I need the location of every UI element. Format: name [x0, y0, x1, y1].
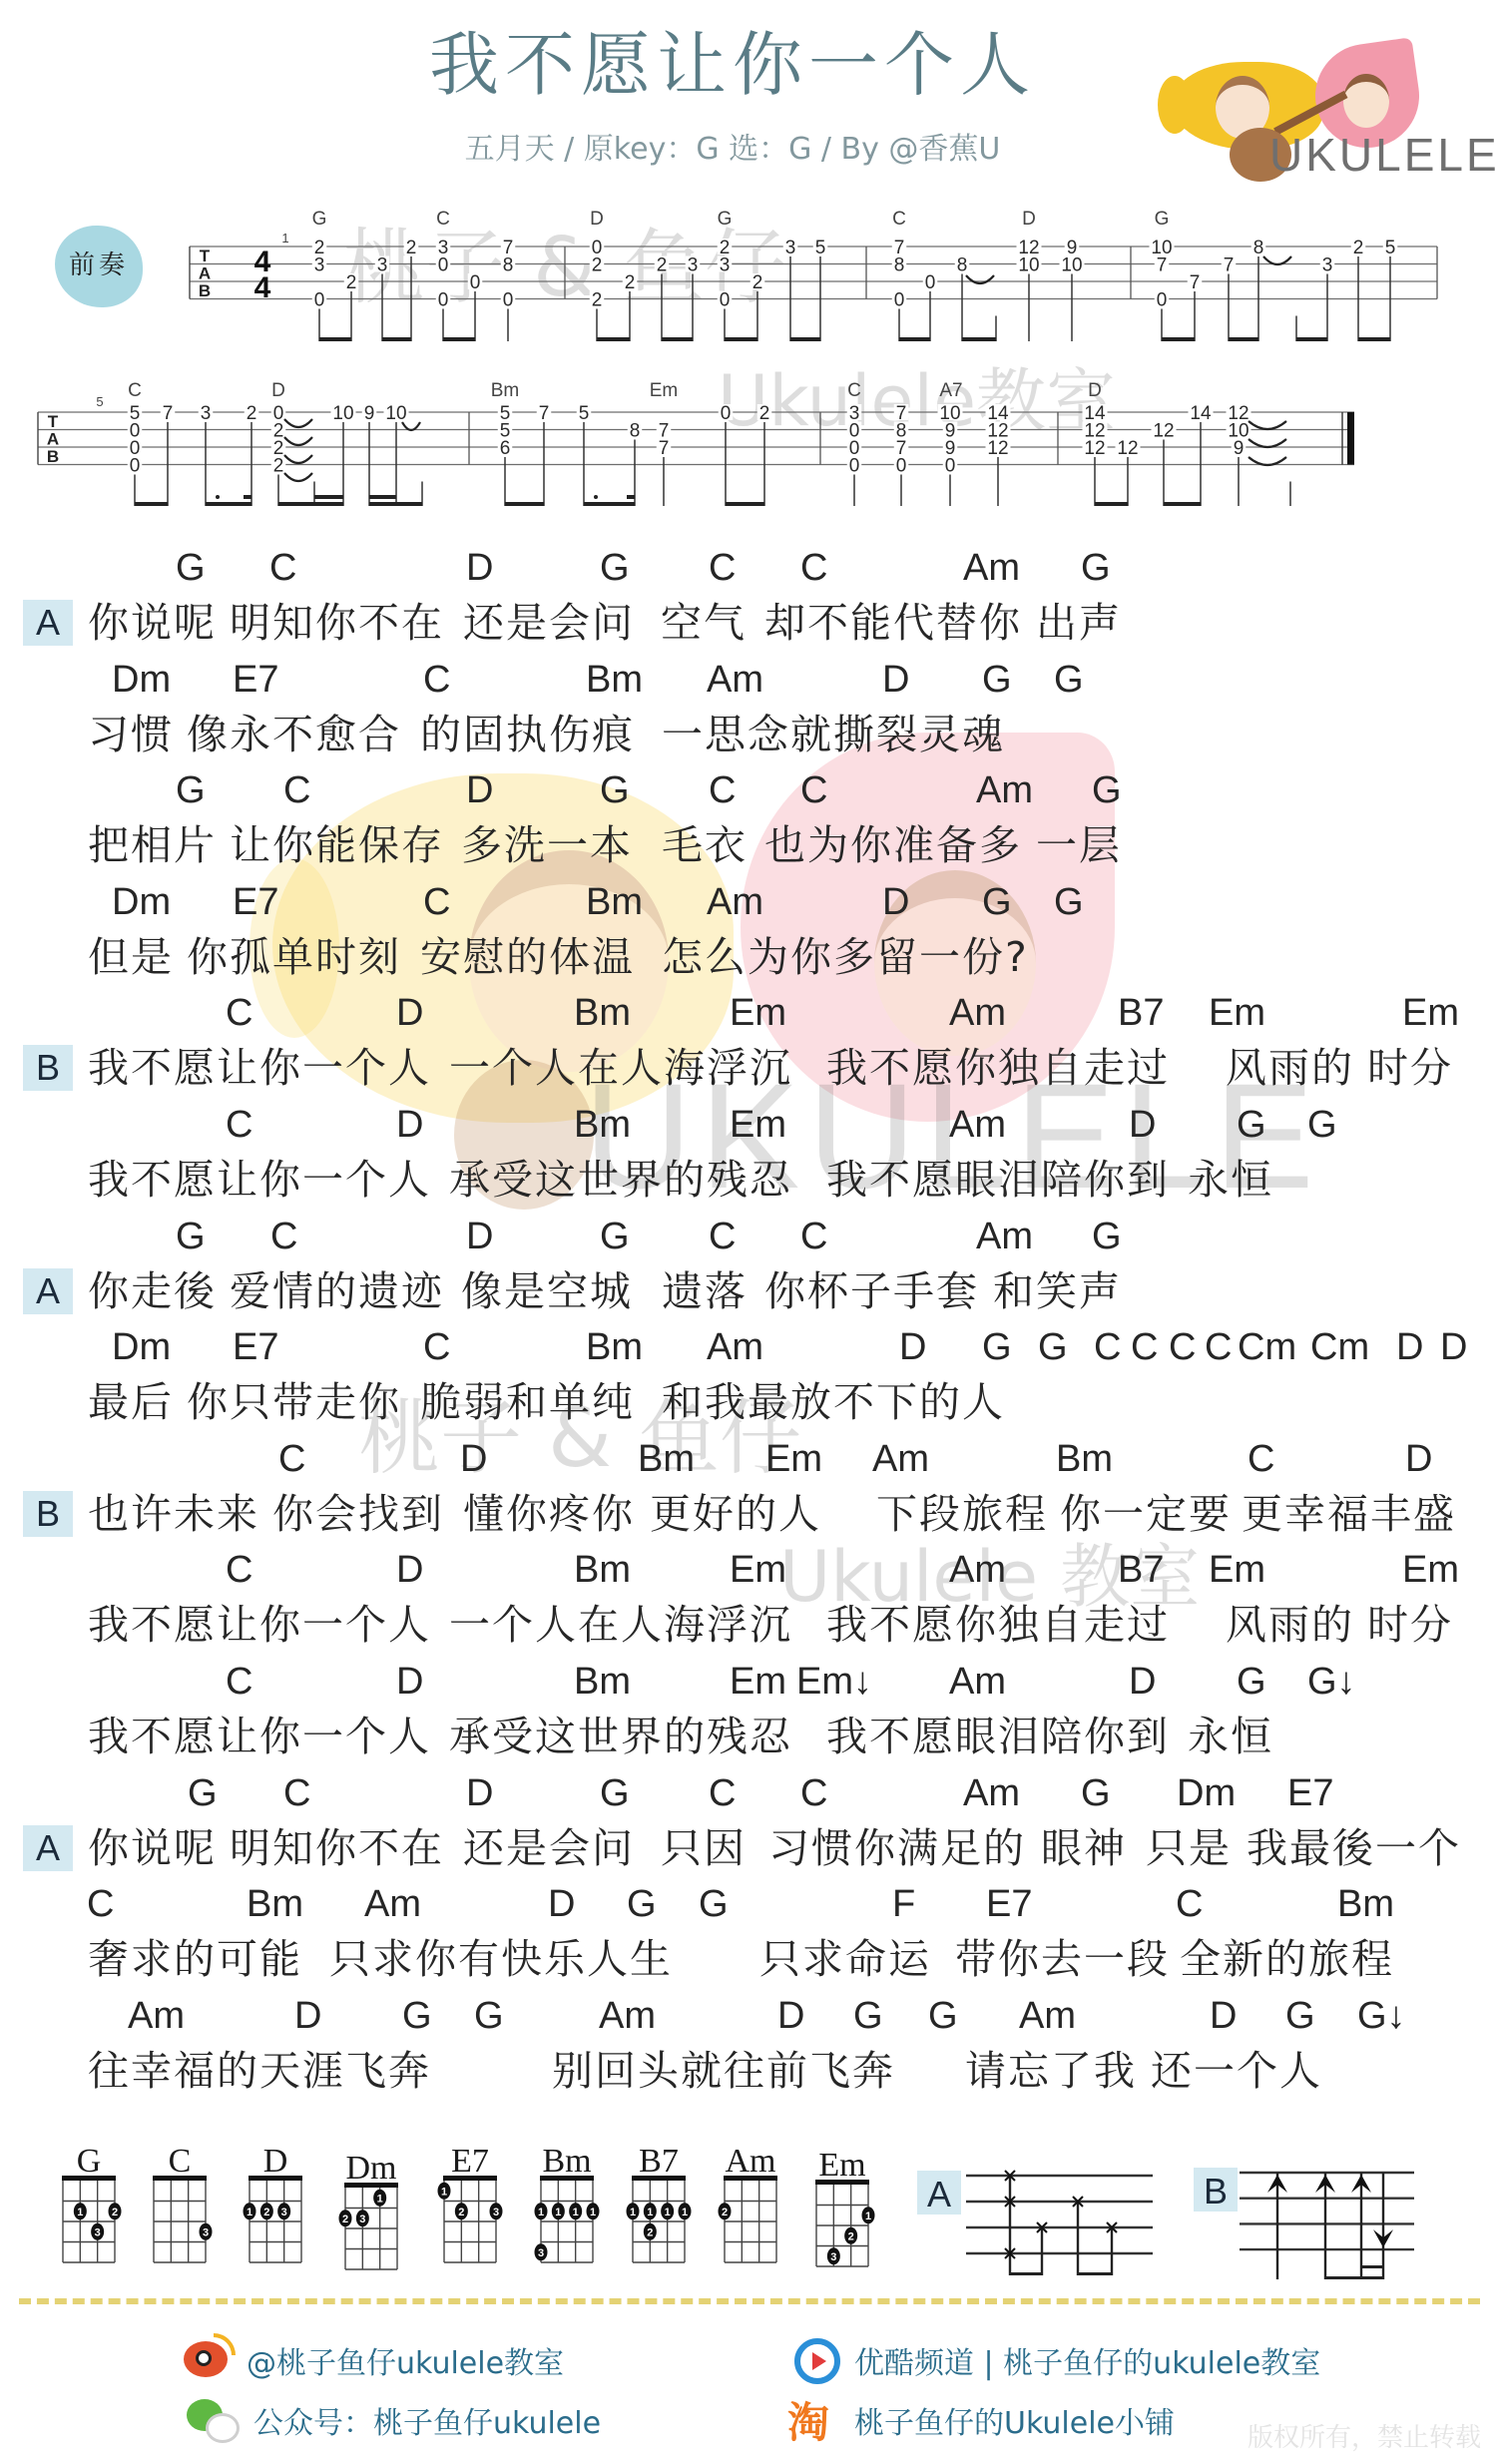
beam	[662, 337, 693, 341]
tie-arc	[284, 473, 312, 481]
lyric-phrase: 你会找到	[272, 1493, 444, 1535]
fret-number: 0	[721, 403, 732, 424]
tab-chord-label: C	[847, 380, 861, 401]
pattern-beam	[1325, 2276, 1383, 2279]
lyric-phrase: 风雨的	[1226, 1604, 1354, 1646]
chord-name: Cm	[1238, 1328, 1296, 1366]
chord-nut	[724, 2176, 777, 2181]
beam-stub	[244, 495, 251, 499]
intro-tab: TAB441GCDGCDG230232300078002222323023578…	[38, 209, 1437, 506]
chord-name: Em	[730, 1663, 786, 1701]
chord-nut	[815, 2180, 869, 2185]
chord-name: D	[1129, 1663, 1156, 1701]
youku-icon	[794, 2338, 840, 2384]
final-barline-thick	[1347, 412, 1354, 465]
fret-number: 10	[1018, 255, 1039, 276]
chord-name: D	[1440, 1328, 1467, 1366]
lyric-phrase: 毛衣	[662, 824, 748, 866]
lyric-phrase: 爱情的遗迹	[230, 1270, 444, 1312]
chord-nut	[62, 2176, 116, 2181]
chord-diagram-d: D123	[244, 2143, 303, 2262]
chord-name: G	[176, 549, 206, 587]
chord-name: Bm	[586, 1328, 643, 1366]
lyric-phrase: 还是会问	[463, 602, 635, 644]
lyric-phrase: 更幸福丰盛	[1242, 1493, 1456, 1535]
chord-name: D	[1129, 1106, 1156, 1144]
chord-name: C	[423, 661, 450, 699]
chord-name: C	[270, 1218, 297, 1255]
footer-weibo-handle: @桃子鱼仔ukulele教室	[247, 2347, 564, 2381]
chord-diagram-g: G123	[62, 2143, 122, 2262]
chord-name: G	[1054, 661, 1084, 699]
chord-name: G	[1237, 1663, 1266, 1701]
lyric-phrase: 奢求的可能	[88, 1938, 302, 1980]
lyric-phrase: 你说呢	[88, 1827, 217, 1869]
lyric-phrase: 承受这世界的残忍	[449, 1159, 792, 1201]
footer-divider	[19, 2298, 1480, 2304]
chord-name: Em↓	[796, 1663, 872, 1701]
lyric-phrase: 也许未来	[88, 1493, 259, 1535]
fret-number: 2	[759, 403, 770, 424]
lyric-phrase: 全新的旅程	[1180, 1938, 1394, 1980]
chord-name: G	[1081, 1774, 1111, 1812]
beam	[726, 502, 764, 506]
tie-arc	[1263, 256, 1291, 264]
footer-wechat-account: 公众号：桃子鱼仔ukulele	[253, 2407, 601, 2441]
chord-name: C	[709, 549, 736, 587]
fret-number: 12	[1084, 438, 1105, 459]
lyric-phrase: 永恒	[1188, 1716, 1273, 1757]
chord-name: C	[800, 1218, 827, 1255]
chord-name: Cm	[1310, 1328, 1369, 1366]
lyric-phrase: 时分	[1367, 1047, 1453, 1089]
tie-arc	[1248, 439, 1286, 447]
chord-name: Am	[949, 994, 1006, 1032]
lyric-phrase: 你杯子手套	[764, 1270, 979, 1312]
chord-name: Am	[963, 549, 1020, 587]
lyric-phrase: 你走後	[88, 1270, 217, 1312]
fret-number: 3	[314, 255, 325, 276]
chord-diagram-bm: Bm11113	[535, 2143, 600, 2262]
chord-name: C	[278, 1440, 305, 1478]
lyric-phrase: 和笑声	[993, 1270, 1122, 1312]
chord-diagram-dm: Dm123	[339, 2150, 399, 2269]
beam	[1296, 337, 1327, 341]
chord-name: G	[1092, 771, 1122, 809]
chord-name: D	[1396, 1328, 1423, 1366]
chord-name: D	[466, 1774, 493, 1812]
chord-diagram-c: C3	[153, 2143, 213, 2262]
tie-arc	[284, 455, 312, 463]
pattern-badge: A	[927, 2174, 951, 2215]
chord-name: Em	[1209, 994, 1265, 1032]
fret-number: 0	[314, 290, 325, 311]
chord-name: G	[1237, 1106, 1266, 1144]
tab-chord-label: C	[892, 209, 906, 230]
chord-name: Em	[1209, 1551, 1265, 1589]
lyric-phrase: 和我最放不下的人	[662, 1381, 1005, 1423]
chord-name: D	[396, 994, 423, 1032]
lyric-phrase: 只求你有快乐人生	[329, 1938, 673, 1980]
beam	[206, 502, 251, 506]
tab-chord-label: D	[590, 209, 604, 230]
fret-number: 0	[470, 272, 481, 293]
fret-number: 2	[1353, 238, 1364, 258]
lyric-phrase: 像永不愈合	[187, 714, 401, 755]
chord-name: D	[294, 1997, 321, 2035]
chord-name: E7	[233, 661, 278, 699]
chord-name: Em	[765, 1440, 822, 1478]
fret-number: 6	[500, 438, 511, 459]
beam	[584, 502, 635, 506]
chord-name: G	[474, 1997, 504, 2035]
beam	[899, 337, 930, 341]
chord-name: E7	[1287, 1774, 1333, 1812]
sub-beam	[314, 495, 343, 499]
fret-number: 2	[657, 255, 668, 276]
lyric-phrase: 把相片	[88, 824, 217, 866]
chord-name: G	[402, 1997, 432, 2035]
fret-number: 8	[503, 255, 514, 276]
chord-name: Bm	[1056, 1440, 1113, 1478]
tab-chord-label: G	[718, 209, 733, 230]
chord-diagram-name: E7	[451, 2143, 489, 2180]
chord-name: Am	[976, 771, 1033, 809]
fret-number: 0	[925, 272, 936, 293]
beam	[443, 337, 475, 341]
lyric-phrase: 空气	[661, 602, 747, 644]
chord-name: Am	[949, 1663, 1006, 1701]
chord-name: Bm	[247, 1885, 303, 1923]
pattern-beam	[1010, 2272, 1042, 2275]
lyric-phrase: 但是	[88, 936, 174, 978]
lyric-phrase: 眼神	[1041, 1827, 1127, 1869]
fret-number: 14	[1190, 403, 1212, 424]
fret-number: 2	[625, 272, 636, 293]
chord-name: G	[1081, 549, 1111, 587]
lyric-phrase: 一个人在人海浮沉	[449, 1604, 792, 1646]
chord-name: F	[892, 1885, 915, 1923]
lyric-phrase: 习惯	[88, 714, 174, 755]
lyric-phrase: 往幸福的天涯飞奔	[88, 2050, 431, 2092]
chord-name: D	[396, 1663, 423, 1701]
finger-number: 2	[112, 2207, 118, 2218]
pattern-sub-beam	[1361, 2265, 1383, 2268]
chord-name: E7	[233, 883, 278, 921]
lyric-phrase: 别回头就往前飞奔	[552, 2050, 895, 2092]
lyric-phrase: 出声	[1036, 602, 1122, 644]
chord-nut	[540, 2176, 594, 2181]
finger-number: 2	[458, 2207, 464, 2218]
chord-name: Bm	[1337, 1885, 1394, 1923]
chord-name: C	[283, 771, 310, 809]
chord-nut	[153, 2176, 207, 2181]
fret-number: 7	[163, 403, 174, 424]
fret-number: 2	[346, 272, 357, 293]
chord-diagram-am: Am2	[719, 2143, 778, 2262]
lyric-phrase: 安慰的体温	[420, 936, 635, 978]
fret-number: 2	[273, 456, 284, 477]
strum-pattern-a: A	[917, 2171, 1153, 2275]
lyric-phrase: 最后	[88, 1381, 174, 1423]
finger-number: 3	[493, 2207, 499, 2218]
chord-name: C	[87, 1885, 114, 1923]
section-badge: A	[23, 600, 73, 646]
chord-nut	[344, 2183, 398, 2188]
chord-diagram-em: Em123	[815, 2147, 875, 2266]
beam-stub	[627, 495, 635, 499]
finger-number: 2	[848, 2230, 854, 2242]
chord-name: B7	[1118, 1551, 1164, 1589]
fret-number: 5	[579, 403, 590, 424]
chord-name: C	[226, 1106, 252, 1144]
chord-name: Am	[128, 1997, 185, 2035]
chord-name: C	[709, 1218, 736, 1255]
lyric-phrase: 时分	[1367, 1604, 1453, 1646]
tab-clef-letter: A	[199, 264, 211, 283]
measure-number: 5	[96, 394, 103, 409]
fret-number: 0	[503, 290, 514, 311]
tab-row: TAB5CDBmEmCA7D50007320222109105567587702…	[38, 380, 1354, 506]
fret-number: 0	[894, 290, 905, 311]
fret-number: 7	[1190, 272, 1201, 293]
chord-name: C	[226, 1551, 252, 1589]
lyric-phrase: 只求命运	[759, 1938, 931, 1980]
chord-name: G	[1038, 1328, 1068, 1366]
lyric-phrase: 我不愿眼泪陪你到	[826, 1159, 1170, 1201]
fret-number: 2	[247, 403, 257, 424]
section-badge: B	[23, 1045, 73, 1091]
lyric-phrase: 我不愿让你一个人	[88, 1159, 431, 1201]
fret-number: 7	[1157, 255, 1168, 276]
lyric-phrase: 请忘了我	[965, 2050, 1137, 2092]
fret-number: 3	[785, 238, 796, 258]
rhythm-dot	[216, 495, 220, 499]
chord-name: G	[176, 771, 206, 809]
tab-clef-letter: B	[199, 281, 211, 300]
chord-name: Am	[364, 1885, 421, 1923]
fret-number: 3	[377, 255, 388, 276]
chord-diagram-e7: E7123	[438, 2143, 503, 2262]
chord-name: C	[709, 1774, 736, 1812]
lyric-phrase: 脆弱和单纯	[420, 1381, 635, 1423]
beam	[278, 502, 343, 506]
lyric-phrase: 我不愿你独自走过	[826, 1047, 1170, 1089]
lyric-phrase: 像是空城	[461, 1270, 633, 1312]
finger-number: 2	[263, 2207, 269, 2218]
fret-number: 3	[720, 255, 731, 276]
beam	[962, 337, 996, 341]
fret-number: 7	[1224, 255, 1235, 276]
chord-name: D	[1210, 1997, 1237, 2035]
chord-name: D	[466, 549, 493, 587]
finger-number: 1	[665, 2207, 671, 2218]
finger-number: 3	[95, 2226, 101, 2238]
fret-number: 12	[987, 438, 1008, 459]
fret-number: 10	[332, 403, 353, 424]
chord-name: D	[899, 1328, 926, 1366]
chord-name: C	[709, 771, 736, 809]
copyright-notice: 版权所有，禁止转载	[1247, 2423, 1481, 2453]
lyric-phrase: 一个人在人海浮沉	[449, 1047, 792, 1089]
tab-chord-label: D	[271, 380, 285, 401]
time-signature-bottom: 4	[254, 271, 271, 304]
chord-name: D	[548, 1885, 575, 1923]
tab-clef-letter: T	[48, 412, 59, 431]
fret-number: 5	[1385, 238, 1396, 258]
chord-name: D	[882, 661, 909, 699]
chord-name: Dm	[112, 661, 171, 699]
fret-number: 2	[752, 272, 763, 293]
chord-name: E7	[233, 1328, 278, 1366]
beam	[135, 502, 168, 506]
tie-arc	[284, 419, 312, 427]
chord-name: Am	[976, 1218, 1033, 1255]
chord-name: D	[882, 883, 909, 921]
chord-name: G	[982, 661, 1012, 699]
fret-number: 2	[406, 238, 417, 258]
chord-name: G	[627, 1885, 657, 1923]
lyric-phrase: 永恒	[1188, 1159, 1273, 1201]
chord-diagram-name: Em	[818, 2147, 865, 2184]
lyric-phrase: 也为你准备多	[764, 824, 1022, 866]
lyric-phrase: 你一定要	[1060, 1493, 1232, 1535]
lyric-phrase: 我不愿让你一个人	[88, 1716, 431, 1757]
finger-number: 1	[590, 2207, 596, 2218]
chord-name: Am	[963, 1774, 1020, 1812]
tie-arc	[966, 275, 994, 283]
lyric-phrase: 只是	[1146, 1827, 1232, 1869]
chord-name: G	[982, 883, 1012, 921]
finger-number: 1	[77, 2207, 83, 2218]
pattern-beam	[1078, 2272, 1112, 2275]
beam	[1229, 337, 1258, 341]
chord-name: G	[1285, 1997, 1315, 2035]
finger-number: 2	[722, 2207, 728, 2218]
chord-name: Dm	[1177, 1774, 1236, 1812]
tab-chord-label: C	[436, 209, 450, 230]
beam	[1358, 337, 1390, 341]
fret-number: 5	[815, 238, 826, 258]
beam	[790, 337, 820, 341]
finger-number: 3	[538, 2247, 544, 2259]
chord-name: Am	[707, 661, 763, 699]
chord-name: Bm	[574, 1663, 631, 1701]
fret-number: 7	[539, 403, 550, 424]
lyric-phrase: 遗落	[662, 1270, 748, 1312]
chord-name: G	[600, 1218, 630, 1255]
chord-name: Am	[707, 883, 763, 921]
beam	[725, 337, 757, 341]
strum-pattern-b: B	[1194, 2168, 1414, 2279]
lyric-phrase: 的固执伤痕	[420, 714, 635, 755]
chord-name: C	[423, 883, 450, 921]
chord-name: C	[269, 549, 296, 587]
chord-name: C	[226, 1663, 252, 1701]
chord-name: C	[800, 549, 827, 587]
chord-name: Bm	[638, 1440, 695, 1478]
lyric-phrase: 更好的人	[650, 1493, 821, 1535]
lyric-phrase: 一思念就撕裂灵魂	[662, 714, 1005, 755]
chord-name: Bm	[574, 1106, 631, 1144]
chord-name: G	[600, 549, 630, 587]
lyric-phrase: 还一个人	[1151, 2050, 1322, 2092]
chord-name: C	[1131, 1328, 1158, 1366]
finger-number: 1	[865, 2211, 871, 2222]
fret-number: 3	[201, 403, 212, 424]
fret-number: 3	[1322, 255, 1333, 276]
chord-name: G	[600, 1774, 630, 1812]
tab-chord-label: A7	[939, 380, 962, 401]
lyric-phrase: 你说呢	[88, 602, 217, 644]
lyric-phrase: 习惯你满足的	[768, 1827, 1026, 1869]
lyric-phrase: 明知你不在	[230, 602, 444, 644]
chord-name: Am	[872, 1440, 929, 1478]
fret-number: 3	[688, 255, 699, 276]
chord-name: G	[1307, 1106, 1337, 1144]
fret-number: 12	[1153, 421, 1174, 442]
chord-name: Em	[730, 1551, 786, 1589]
lyric-phrase: 我不愿你独自走过	[826, 1604, 1170, 1646]
fret-number: 0	[438, 255, 449, 276]
fret-number: 0	[130, 456, 141, 477]
fret-number: 10	[1061, 255, 1082, 276]
lyric-phrase: 只因	[661, 1827, 747, 1869]
lyric-phrase: 多洗一本	[461, 824, 633, 866]
chord-name: Bm	[586, 883, 643, 921]
beam	[1164, 502, 1201, 506]
beam	[382, 337, 411, 341]
fret-number: 0	[945, 456, 956, 477]
finger-number: 1	[441, 2186, 447, 2198]
chord-name: Am	[1019, 1997, 1076, 2035]
fret-number: 8	[630, 421, 641, 442]
lyric-phrase: 下段旅程	[876, 1493, 1048, 1535]
chord-name: G	[853, 1997, 883, 2035]
fret-number: 0	[896, 456, 907, 477]
fret-number: 7	[659, 438, 670, 459]
chord-name: D	[777, 1997, 804, 2035]
chord-name: C	[1176, 1885, 1203, 1923]
fret-number: 10	[385, 403, 406, 424]
lyric-phrase: 懂你疼你	[463, 1493, 635, 1535]
tab-clef-letter: A	[47, 430, 59, 449]
chord-name: Am	[599, 1997, 656, 2035]
chord-name: D	[396, 1551, 423, 1589]
chord-name: B7	[1118, 994, 1164, 1032]
chord-name: G	[699, 1885, 729, 1923]
fret-number: 0	[1157, 290, 1168, 311]
strum-patterns: AB	[917, 2168, 1414, 2279]
finger-number: 1	[247, 2207, 252, 2218]
tie-arc	[284, 437, 312, 445]
lyric-phrase: 让你能保存	[230, 824, 444, 866]
tab-chord-label: Bm	[491, 380, 520, 401]
chord-name: G	[176, 1218, 206, 1255]
finger-number: 1	[647, 2207, 653, 2218]
chord-name: G	[982, 1328, 1012, 1366]
finger-number: 3	[203, 2226, 209, 2238]
chord-name: Am	[949, 1551, 1006, 1589]
pattern-badge: B	[1204, 2171, 1228, 2212]
chord-name: G↓	[1307, 1663, 1356, 1701]
chord-diagrams: G123C3D123Dm123E7123Bm11113B711112Am2Em1…	[62, 2143, 875, 2269]
chord-name: C	[800, 771, 827, 809]
fret-number: 9	[364, 403, 375, 424]
finger-number: 1	[630, 2207, 636, 2218]
chord-name: G	[188, 1774, 218, 1812]
fret-number: 9	[1234, 438, 1245, 459]
